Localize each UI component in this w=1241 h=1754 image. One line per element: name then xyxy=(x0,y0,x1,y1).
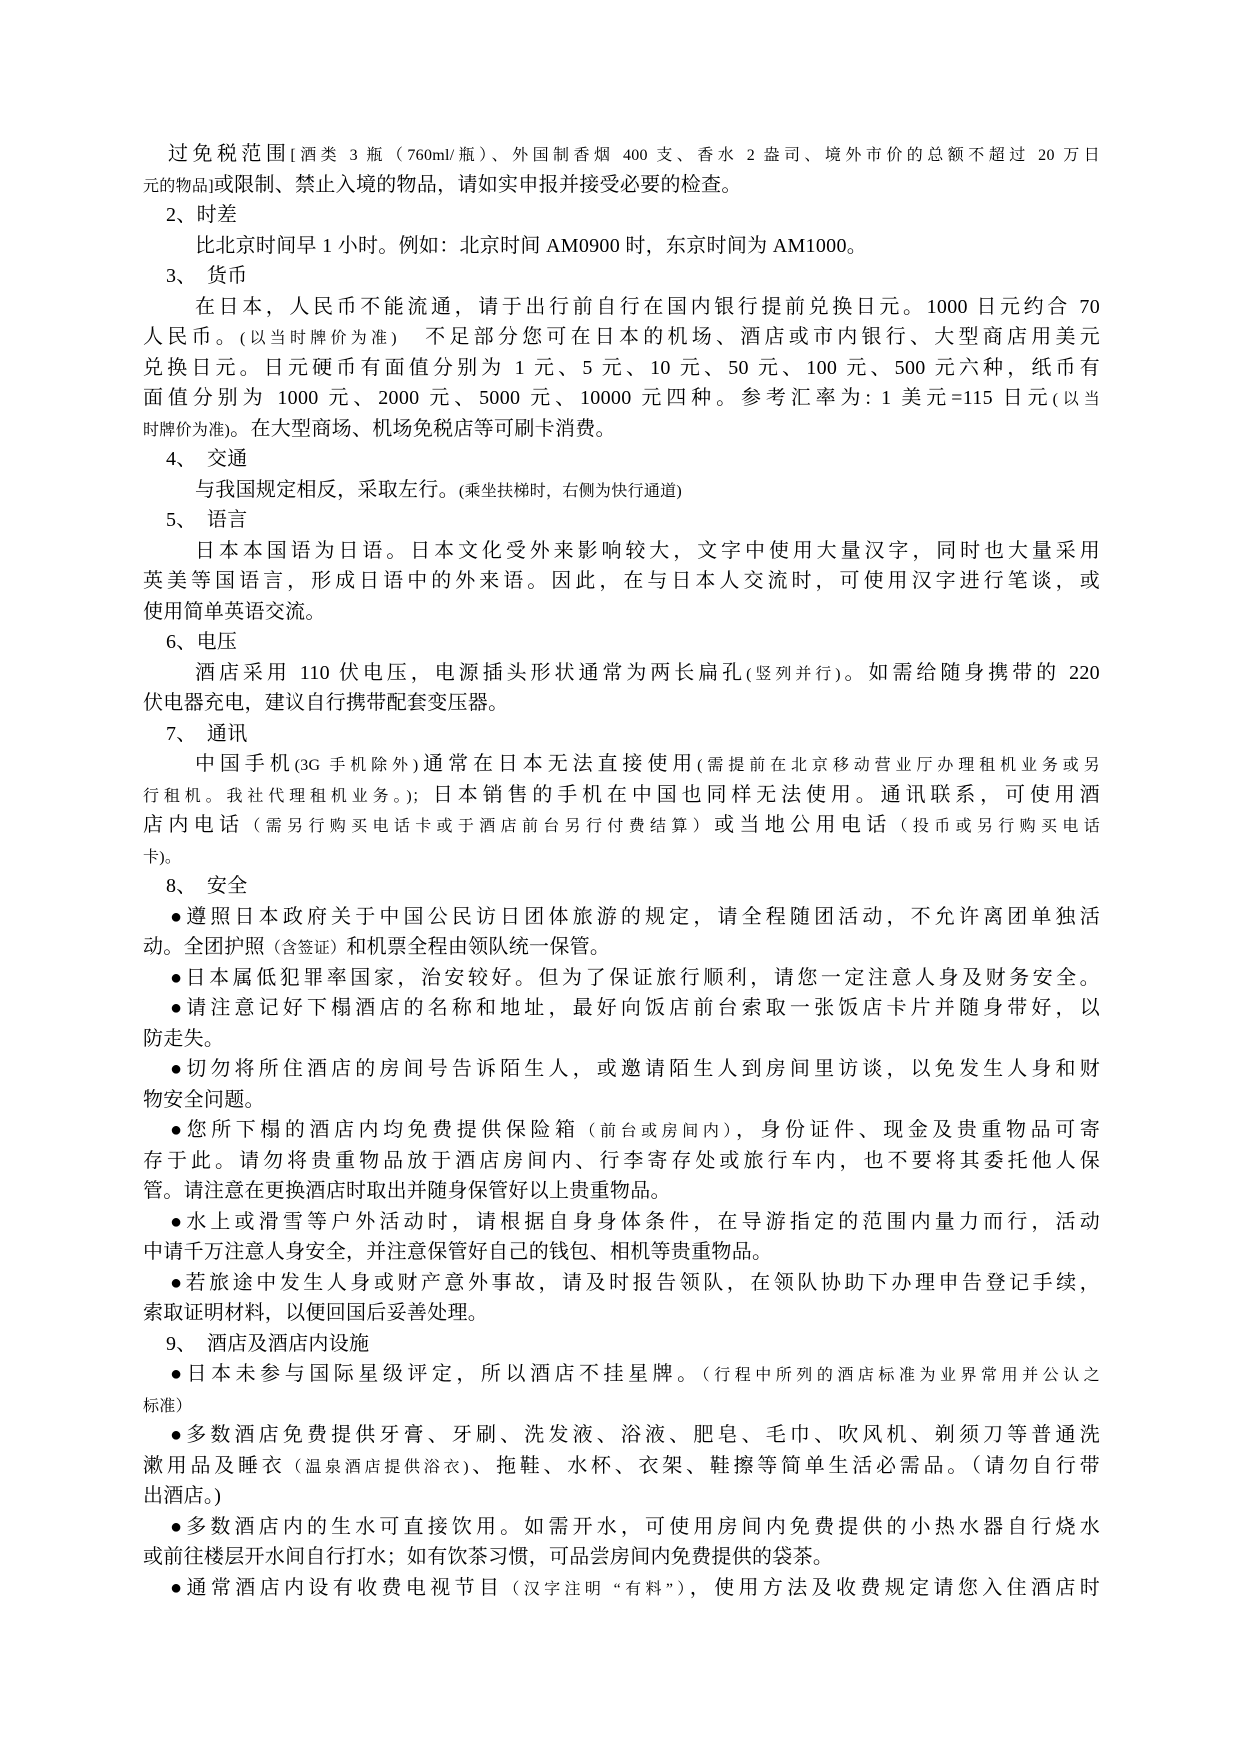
text-segment: 5、 语言 xyxy=(166,509,248,531)
text-segment-small: （含签证） xyxy=(265,940,347,957)
text-segment: 兑换日元。日元硬币有面值分别为 1 元、5 元、10 元、50 元、100 元、… xyxy=(143,357,1100,379)
text-segment: 索取证明材料，以便回国后妥善处理。 xyxy=(143,1302,488,1324)
text-line: 店内电话（需另行购买电话卡或于酒店前台另行付费结算）或当地公用电话（投币或另行购… xyxy=(143,810,1100,841)
text-line: 标准） xyxy=(143,1390,1100,1421)
text-segment: 通常在日本无法直接使用 xyxy=(419,753,698,775)
document-page: 过免税范围[酒类 3 瓶（760ml/瓶）、外国制香烟 400 支、香水 2 盎… xyxy=(0,0,1241,1754)
text-segment: 物安全问题。 xyxy=(143,1089,265,1111)
text-segment: 管。请注意在更换酒店时取出并随身保管好以上贵重物品。 xyxy=(143,1180,671,1202)
text-segment: 存于此。请勿将贵重物品放于酒店房间内、行李寄存处或旅行车内，也不要将其委托他人保 xyxy=(143,1150,1100,1172)
text-segment: 4、 交通 xyxy=(166,448,248,470)
text-segment: 防走失。 xyxy=(143,1028,224,1050)
text-line: 物安全问题。 xyxy=(143,1085,1100,1116)
text-line: 行租机。我社代理租机业务。)；日本销售的手机在中国也同样无法使用。通讯联系，可使… xyxy=(143,780,1100,811)
text-segment-small: (3G 手机除外) xyxy=(295,757,419,774)
text-segment-small: （温泉酒店提供浴衣) xyxy=(285,1459,468,1476)
text-segment: 动。全团护照 xyxy=(143,936,265,958)
text-segment: ，使用方法及收费规定请您入住酒店时 xyxy=(690,1577,1100,1599)
text-segment: ●日本属低犯罪率国家，治安较好。但为了保证旅行顺利，请您一定注意人身及财务安全。 xyxy=(170,967,1100,989)
text-line: 伏电器充电，建议自行携带配套变压器。 xyxy=(143,688,1100,719)
text-line: ●遵照日本政府关于中国公民访日团体旅游的规定，请全程随团活动，不允许离团单独活 xyxy=(143,902,1100,933)
text-line: 漱用品及睡衣（温泉酒店提供浴衣)、拖鞋、水杯、衣架、鞋擦等简单生活必需品。（请勿… xyxy=(143,1451,1100,1482)
text-segment: 漱用品及睡衣 xyxy=(143,1455,285,1477)
text-segment-small: （需另行购买电话卡或于酒店前台另行付费结算） xyxy=(244,818,714,835)
text-line: ●多数酒店内的生水可直接饮用。如需开水，可使用房间内免费提供的小热水器自行烧水 xyxy=(143,1512,1100,1543)
text-segment: ●多数酒店免费提供牙膏、牙刷、洗发液、浴液、肥皂、毛巾、吹风机、剃须刀等普通洗 xyxy=(170,1424,1100,1446)
text-segment: 、拖鞋、水杯、衣架、鞋擦等简单生活必需品。（请勿自行带 xyxy=(469,1455,1100,1477)
text-segment: 7、 通讯 xyxy=(166,723,248,745)
text-segment-small: （汉字注明 “有料”） xyxy=(503,1581,689,1598)
text-line: ●日本未参与国际星级评定，所以酒店不挂星牌。（行程中所列的酒店标准为业界常用并公… xyxy=(143,1359,1100,1390)
text-line: 人民币。(以当时牌价为准) 不足部分您可在日本的机场、酒店或市内银行、大型商店用… xyxy=(143,322,1100,353)
text-segment: 。如需给随身携带的 220 xyxy=(841,662,1100,684)
text-segment-small: [酒类 3 瓶（760ml/瓶）、外国制香烟 400 支、香水 2 盎司、境外市… xyxy=(290,147,1100,164)
text-segment: ●您所下榻的酒店内均免费提供保险箱 xyxy=(170,1119,580,1141)
text-line: 2、时差 xyxy=(143,200,1100,231)
text-segment: 出酒店。) xyxy=(143,1485,221,1507)
text-line: 9、 酒店及酒店内设施 xyxy=(143,1329,1100,1360)
text-segment-small: (需提前在北京移动营业厅办理租机业务或另 xyxy=(697,757,1100,774)
text-segment: 或限制、禁止入境的物品，请如实申报并接受必要的检查。 xyxy=(214,174,742,196)
text-segment: 酒店采用 110 伏电压，电源插头形状通常为两长扁孔 xyxy=(195,662,746,684)
text-line: 存于此。请勿将贵重物品放于酒店房间内、行李寄存处或旅行车内，也不要将其委托他人保 xyxy=(143,1146,1100,1177)
text-line: ●若旅途中发生人身或财产意外事故，请及时报告领队，在领队协助下办理申告登记手续， xyxy=(143,1268,1100,1299)
text-segment: 日本本国语为日语。日本文化受外来影响较大，文字中使用大量汉字，同时也大量采用 xyxy=(195,540,1100,562)
text-segment: 和机票全程由领队统一保管。 xyxy=(346,936,610,958)
text-line: ●多数酒店免费提供牙膏、牙刷、洗发液、浴液、肥皂、毛巾、吹风机、剃须刀等普通洗 xyxy=(143,1420,1100,1451)
text-segment: 或当地公用电话 xyxy=(714,814,891,836)
text-segment: 2、时差 xyxy=(166,204,237,226)
text-segment-small: （前台或房间内） xyxy=(580,1123,736,1140)
text-line: 使用简单英语交流。 xyxy=(143,597,1100,628)
text-segment: 英美等国语言，形成日语中的外来语。因此，在与日本人交流时，可使用汉字进行笔谈，或 xyxy=(143,570,1100,592)
text-segment: 面值分别为 1000 元、2000 元、5000 元、10000 元四种。参考汇… xyxy=(143,387,1053,409)
text-segment: 与我国规定相反，采取左行。 xyxy=(195,479,459,501)
text-line: 兑换日元。日元硬币有面值分别为 1 元、5 元、10 元、50 元、100 元、… xyxy=(143,353,1100,384)
text-segment: 中请千万注意人身安全，并注意保管好自己的钱包、相机等贵重物品。 xyxy=(143,1241,772,1263)
text-line: 5、 语言 xyxy=(143,505,1100,536)
text-segment: 8、 安全 xyxy=(166,875,248,897)
text-segment-small: （投币或另行购买电话 xyxy=(892,818,1100,835)
text-segment-small: （行程中所列的酒店标准为业界常用并公认之 xyxy=(702,1367,1100,1384)
text-line: ●日本属低犯罪率国家，治安较好。但为了保证旅行顺利，请您一定注意人身及财务安全。 xyxy=(143,963,1100,994)
text-line: 与我国规定相反，采取左行。(乘坐扶梯时，右侧为快行通道) xyxy=(143,475,1100,506)
text-line: 在日本，人民币不能流通，请于出行前自行在国内银行提前兑换日元。1000 日元约合… xyxy=(143,292,1100,323)
text-segment: 6、电压 xyxy=(166,631,237,653)
text-line: 管。请注意在更换酒店时取出并随身保管好以上贵重物品。 xyxy=(143,1176,1100,1207)
text-line: ●水上或滑雪等户外活动时，请根据自身身体条件，在导游指定的范围内量力而行，活动 xyxy=(143,1207,1100,1238)
text-line: 4、 交通 xyxy=(143,444,1100,475)
text-segment: 9、 酒店及酒店内设施 xyxy=(166,1333,369,1355)
text-segment-small: (以当时牌价为准) xyxy=(240,330,397,347)
text-segment: 。在大型商场、机场免税店等可刷卡消费。 xyxy=(230,418,616,440)
text-segment: ●遵照日本政府关于中国公民访日团体旅游的规定，请全程随团活动，不允许离团单独活 xyxy=(170,906,1100,928)
text-line: 8、 安全 xyxy=(143,871,1100,902)
text-line: 面值分别为 1000 元、2000 元、5000 元、10000 元四种。参考汇… xyxy=(143,383,1100,414)
text-segment-small: 时牌价为准) xyxy=(143,422,230,439)
text-line: 出酒店。) xyxy=(143,1481,1100,1512)
text-line: 3、 货币 xyxy=(143,261,1100,292)
text-line: 中请千万注意人身安全，并注意保管好自己的钱包、相机等贵重物品。 xyxy=(143,1237,1100,1268)
text-line: ●您所下榻的酒店内均免费提供保险箱（前台或房间内），身份证件、现金及贵重物品可寄 xyxy=(143,1115,1100,1146)
text-line: 日本本国语为日语。日本文化受外来影响较大，文字中使用大量汉字，同时也大量采用 xyxy=(143,536,1100,567)
text-segment: 不足部分您可在日本的机场、酒店或市内银行、大型商店用美元 xyxy=(397,326,1100,348)
text-line: 过免税范围[酒类 3 瓶（760ml/瓶）、外国制香烟 400 支、香水 2 盎… xyxy=(143,139,1100,170)
text-segment-small: 卡)。 xyxy=(143,849,181,866)
text-segment: ●请注意记好下榻酒店的名称和地址，最好向饭店前台索取一张饭店卡片并随身带好，以 xyxy=(170,997,1100,1019)
text-line: 7、 通讯 xyxy=(143,719,1100,750)
text-segment: 过免税范围 xyxy=(168,143,290,165)
text-line: 酒店采用 110 伏电压，电源插头形状通常为两长扁孔(竖列并行)。如需给随身携带… xyxy=(143,658,1100,689)
text-segment-small: 元的物品] xyxy=(143,178,214,195)
text-segment-small: 行租机。我社代理租机业务。)； xyxy=(143,788,428,805)
text-segment: 使用简单英语交流。 xyxy=(143,601,326,623)
text-segment: 日本销售的手机在中国也同样无法使用。通讯联系，可使用酒 xyxy=(428,784,1100,806)
text-segment: ●水上或滑雪等户外活动时，请根据自身身体条件，在导游指定的范围内量力而行，活动 xyxy=(170,1211,1100,1233)
text-segment: ●若旅途中发生人身或财产意外事故，请及时报告领队，在领队协助下办理申告登记手续， xyxy=(170,1272,1100,1294)
text-segment: 伏电器充电，建议自行携带配套变压器。 xyxy=(143,692,508,714)
text-line: 6、电压 xyxy=(143,627,1100,658)
text-segment-small: (竖列并行) xyxy=(746,666,841,683)
text-line: 英美等国语言，形成日语中的外来语。因此，在与日本人交流时，可使用汉字进行笔谈，或 xyxy=(143,566,1100,597)
text-segment: 中国手机 xyxy=(195,753,295,775)
text-segment-small: 标准） xyxy=(143,1398,192,1415)
text-line: 卡)。 xyxy=(143,841,1100,872)
text-line: 元的物品]或限制、禁止入境的物品，请如实申报并接受必要的检查。 xyxy=(143,170,1100,201)
text-line: 动。全团护照（含签证）和机票全程由领队统一保管。 xyxy=(143,932,1100,963)
text-segment: 或前往楼层开水间自行打水；如有饮茶习惯，可品尝房间内免费提供的袋茶。 xyxy=(143,1546,833,1568)
text-line: 或前往楼层开水间自行打水；如有饮茶习惯，可品尝房间内免费提供的袋茶。 xyxy=(143,1542,1100,1573)
text-segment: ●切勿将所住酒店的房间号告诉陌生人，或邀请陌生人到房间里访谈，以免发生人身和财 xyxy=(170,1058,1100,1080)
text-segment: 3、 货币 xyxy=(166,265,248,287)
text-segment-small: (乘坐扶梯时，右侧为快行通道) xyxy=(459,483,682,500)
text-segment: ●日本未参与国际星级评定，所以酒店不挂星牌。 xyxy=(170,1363,702,1385)
text-line: 中国手机(3G 手机除外)通常在日本无法直接使用(需提前在北京移动营业厅办理租机… xyxy=(143,749,1100,780)
document-body: 过免税范围[酒类 3 瓶（760ml/瓶）、外国制香烟 400 支、香水 2 盎… xyxy=(143,139,1100,1603)
text-segment: ●通常酒店内设有收费电视节目 xyxy=(170,1577,503,1599)
text-line: ●切勿将所住酒店的房间号告诉陌生人，或邀请陌生人到房间里访谈，以免发生人身和财 xyxy=(143,1054,1100,1085)
text-segment: ，身份证件、现金及贵重物品可寄 xyxy=(736,1119,1100,1141)
text-line: ●请注意记好下榻酒店的名称和地址，最好向饭店前台索取一张饭店卡片并随身带好，以 xyxy=(143,993,1100,1024)
text-segment-small: (以当 xyxy=(1053,391,1100,408)
text-line: 索取证明材料，以便回国后妥善处理。 xyxy=(143,1298,1100,1329)
text-line: ●通常酒店内设有收费电视节目（汉字注明 “有料”），使用方法及收费规定请您入住酒… xyxy=(143,1573,1100,1604)
text-segment: 店内电话 xyxy=(143,814,244,836)
text-segment: 人民币。 xyxy=(143,326,240,348)
text-line: 防走失。 xyxy=(143,1024,1100,1055)
text-segment: 在日本，人民币不能流通，请于出行前自行在国内银行提前兑换日元。1000 日元约合… xyxy=(195,296,1100,318)
text-line: 比北京时间早 1 小时。例如：北京时间 AM0900 时，东京时间为 AM100… xyxy=(143,231,1100,262)
text-segment: 比北京时间早 1 小时。例如：北京时间 AM0900 时，东京时间为 AM100… xyxy=(195,235,867,257)
text-line: 时牌价为准)。在大型商场、机场免税店等可刷卡消费。 xyxy=(143,414,1100,445)
text-segment: ●多数酒店内的生水可直接饮用。如需开水，可使用房间内免费提供的小热水器自行烧水 xyxy=(170,1516,1100,1538)
